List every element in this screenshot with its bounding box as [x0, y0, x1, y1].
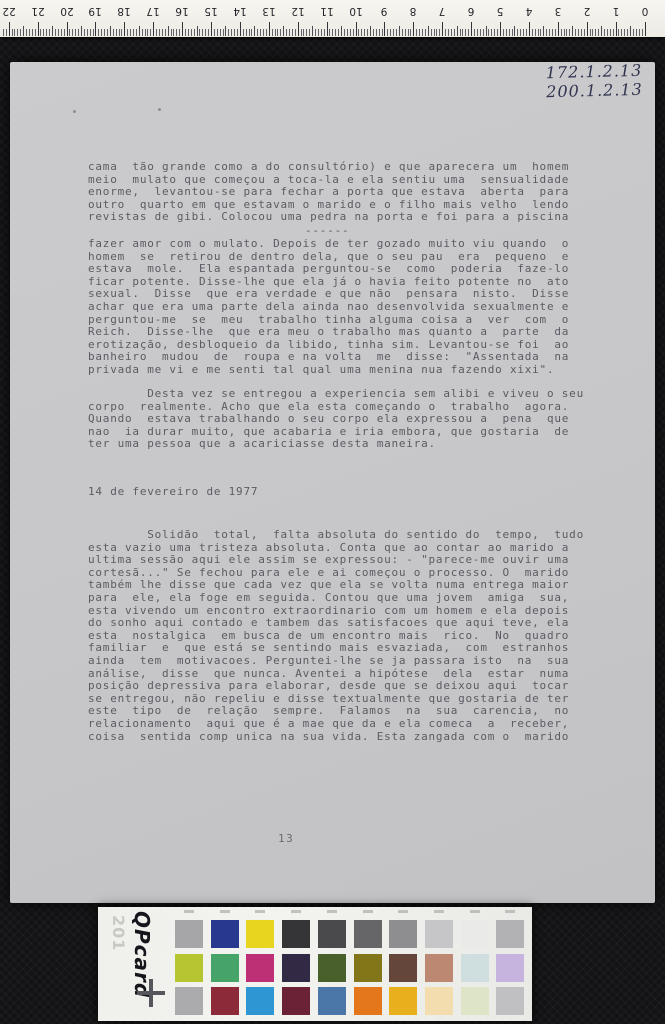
ruler-tick [98, 29, 99, 36]
ruler-tick [202, 29, 203, 36]
ruler-tick [315, 29, 316, 36]
ruler-tick [93, 29, 94, 36]
color-swatch [175, 920, 203, 948]
ruler-number: 16 [172, 5, 192, 17]
ruler-tick [474, 29, 475, 36]
ruler-tick [185, 29, 186, 36]
ruler-tick [431, 29, 432, 36]
swatch-label-mark [220, 910, 230, 913]
color-swatch [282, 920, 310, 948]
ruler-tick [61, 29, 62, 36]
ruler-tick [277, 29, 278, 36]
color-swatch [425, 987, 453, 1015]
ruler-tick [130, 29, 131, 36]
ruler-tick [358, 29, 359, 36]
ruler-number: 14 [230, 5, 250, 17]
ruler-tick [523, 29, 524, 36]
ruler-tick [23, 26, 24, 36]
ruler-tick [587, 22, 588, 36]
ruler-tick [220, 29, 221, 36]
ruler-tick [298, 22, 299, 36]
ruler-tick [240, 22, 241, 36]
swatch-label-mark [505, 910, 515, 913]
ruler-tick [197, 26, 198, 36]
ruler-tick [301, 29, 302, 36]
ruler-number: 4 [519, 5, 539, 17]
ruler-tick [191, 29, 192, 36]
color-swatch [496, 954, 524, 982]
ruler-tick [642, 29, 643, 36]
ruler-tick [367, 29, 368, 36]
ruler-tick [555, 29, 556, 36]
ruler-tick [347, 29, 348, 36]
color-calibration-card: QPcard 201 [98, 907, 532, 1021]
ruler-tick [376, 29, 377, 36]
ruler-tick [526, 29, 527, 36]
ruler-tick [480, 29, 481, 36]
ruler-tick [211, 22, 212, 36]
ruler-tick [491, 29, 492, 36]
ruler-tick [173, 29, 174, 36]
ruler-tick [17, 29, 18, 36]
ruler-tick [263, 29, 264, 36]
ruler-tick [410, 29, 411, 36]
ruler: 012345678910111213141516171819202122 [0, 0, 665, 37]
ruler-tick [237, 29, 238, 36]
color-swatch [211, 987, 239, 1015]
ruler-tick [35, 29, 36, 36]
ruler-tick [90, 29, 91, 36]
ruler-tick [231, 29, 232, 36]
color-swatch [354, 987, 382, 1015]
ruler-tick [341, 26, 342, 36]
qpcard-model-label: 201 [109, 915, 128, 951]
color-swatch [246, 920, 274, 948]
ruler-tick [142, 29, 143, 36]
ruler-tick [124, 22, 125, 36]
swatch-label-mark [184, 910, 194, 913]
ruler-tick [514, 26, 515, 36]
color-swatch [211, 920, 239, 948]
ruler-tick [512, 29, 513, 36]
ruler-tick [176, 29, 177, 36]
ruler-tick [488, 29, 489, 36]
color-swatch [461, 987, 489, 1015]
ruler-number: 1 [606, 5, 626, 17]
paragraph-2: fazer amor com o mulato. Depois de ter g… [88, 238, 569, 377]
ruler-tick [384, 22, 385, 36]
ruler-tick [113, 29, 114, 36]
ruler-tick [309, 29, 310, 36]
ruler-tick [448, 29, 449, 36]
color-swatch [211, 954, 239, 982]
ruler-tick [9, 22, 10, 36]
ruler-tick [477, 29, 478, 36]
ruler-tick [396, 29, 397, 36]
ruler-tick [208, 29, 209, 36]
ruler-tick [468, 29, 469, 36]
archive-number-line1: 172.1.2.13 [546, 61, 643, 83]
ruler-tick [289, 29, 290, 36]
archive-number-line2: 200.1.2.13 [547, 80, 644, 102]
ruler-tick [535, 29, 536, 36]
ruler-tick [72, 29, 73, 36]
ruler-tick [405, 29, 406, 36]
ruler-tick [159, 29, 160, 36]
ruler-tick [329, 29, 330, 36]
ruler-tick [101, 29, 102, 36]
ruler-tick [147, 29, 148, 36]
ruler-tick [578, 29, 579, 36]
ruler-tick [630, 26, 631, 36]
ruler-number: 5 [490, 5, 510, 17]
ruler-tick [136, 29, 137, 36]
ruler-tick [95, 22, 96, 36]
ruler-tick [616, 22, 617, 36]
ruler-tick [153, 22, 154, 36]
ruler-number: 19 [85, 5, 105, 17]
ruler-tick [413, 22, 414, 36]
ruler-tick [590, 29, 591, 36]
ruler-tick [621, 29, 622, 36]
ruler-number: 18 [114, 5, 134, 17]
ruler-tick [419, 29, 420, 36]
ruler-tick [269, 22, 270, 36]
ruler-number: 17 [143, 5, 163, 17]
ruler-tick [275, 29, 276, 36]
ruler-tick [350, 29, 351, 36]
ruler-tick [564, 29, 565, 36]
ruler-tick [188, 29, 189, 36]
ruler-tick [266, 29, 267, 36]
swatch-label-mark [470, 910, 480, 913]
ruler-tick [32, 29, 33, 36]
ruler-tick [116, 29, 117, 36]
archive-number-annotation: 172.1.2.13 200.1.2.13 [546, 61, 643, 102]
color-swatch [496, 987, 524, 1015]
ruler-tick [20, 29, 21, 36]
page-number: 13 [278, 833, 294, 846]
color-swatch [282, 987, 310, 1015]
ruler-tick [168, 26, 169, 36]
photographed-document-scene: { "ruler": { "numbers": ["0","1","2","3"… [0, 0, 665, 1024]
ruler-number: 7 [432, 5, 452, 17]
ruler-tick [84, 29, 85, 36]
ruler-tick [121, 29, 122, 36]
ruler-tick [286, 29, 287, 36]
ruler-tick [361, 29, 362, 36]
ruler-tick [295, 29, 296, 36]
ruler-number: 12 [288, 5, 308, 17]
ruler-tick [165, 29, 166, 36]
ruler-tick [260, 29, 261, 36]
ruler-tick [327, 22, 328, 36]
ruler-tick [520, 29, 521, 36]
ruler-tick [324, 29, 325, 36]
ruler-tick [214, 29, 215, 36]
ruler-tick [182, 22, 183, 36]
ruler-tick [254, 26, 255, 36]
ruler-tick [598, 29, 599, 36]
ruler-tick [40, 29, 41, 36]
ruler-tick [503, 29, 504, 36]
ruler-tick [14, 29, 15, 36]
ruler-tick [581, 29, 582, 36]
swatch-label-mark [255, 910, 265, 913]
swatch-label-mark [327, 910, 337, 913]
color-swatch [246, 987, 274, 1015]
ruler-tick [353, 29, 354, 36]
ruler-tick [67, 22, 68, 36]
color-swatch [389, 987, 417, 1015]
ruler-tick [234, 29, 235, 36]
ruler-tick [26, 29, 27, 36]
color-swatch [282, 954, 310, 982]
ruler-tick [436, 29, 437, 36]
session-date-line: 14 de fevereiro de 1977 [88, 486, 258, 499]
ruler-tick [601, 26, 602, 36]
ruler-tick [119, 29, 120, 36]
ruler-tick [540, 29, 541, 36]
ruler-tick [460, 29, 461, 36]
ruler-tick [604, 29, 605, 36]
ruler-number: 2 [577, 5, 597, 17]
ruler-tick [338, 29, 339, 36]
ruler-tick [387, 29, 388, 36]
ruler-tick [373, 29, 374, 36]
color-swatch [461, 920, 489, 948]
ruler-tick [566, 29, 567, 36]
ruler-tick [243, 29, 244, 36]
color-swatch [354, 920, 382, 948]
ruler-tick [442, 22, 443, 36]
ruler-tick [251, 29, 252, 36]
ruler-tick [416, 29, 417, 36]
ruler-tick [280, 29, 281, 36]
color-swatch [318, 987, 346, 1015]
ruler-tick [162, 29, 163, 36]
ruler-tick [335, 29, 336, 36]
ruler-tick [618, 29, 619, 36]
ruler-tick [223, 29, 224, 36]
swatch-label-mark [291, 910, 301, 913]
ruler-tick [179, 29, 180, 36]
ruler-number: 3 [548, 5, 568, 17]
ruler-tick [399, 26, 400, 36]
ruler-tick [6, 29, 7, 36]
ruler-tick [382, 29, 383, 36]
ruler-tick [451, 29, 452, 36]
ruler-tick [434, 29, 435, 36]
ruler-tick [12, 29, 13, 36]
swatch-label-mark [434, 910, 444, 913]
ruler-tick [483, 29, 484, 36]
ruler-tick [356, 22, 357, 36]
ruler-tick [509, 29, 510, 36]
ruler-tick [584, 29, 585, 36]
ruler-tick [194, 29, 195, 36]
color-swatch [175, 987, 203, 1015]
color-swatch [318, 920, 346, 948]
ruler-tick [283, 26, 284, 36]
ruler-tick [55, 29, 56, 36]
ruler-number: 0 [635, 5, 655, 17]
ruler-tick [228, 29, 229, 36]
ruler-tick [379, 29, 380, 36]
ruler-tick [569, 29, 570, 36]
ruler-tick [364, 29, 365, 36]
ruler-number: 9 [374, 5, 394, 17]
ruler-tick [465, 29, 466, 36]
ruler-number: 15 [201, 5, 221, 17]
ruler-tick [471, 22, 472, 36]
ruler-tick [558, 22, 559, 36]
ruler-number: 6 [461, 5, 481, 17]
ruler-tick [613, 29, 614, 36]
color-swatch [425, 954, 453, 982]
ruler-tick [370, 26, 371, 36]
color-swatch [246, 954, 274, 982]
ruler-tick [538, 29, 539, 36]
ruler-tick [110, 26, 111, 36]
ruler-tick [390, 29, 391, 36]
ruler-tick [217, 29, 218, 36]
ruler-number: 21 [28, 5, 48, 17]
ruler-tick [462, 29, 463, 36]
ruler-tick [549, 29, 550, 36]
ruler-tick [627, 29, 628, 36]
ruler-tick [610, 29, 611, 36]
ruler-tick [454, 29, 455, 36]
ruler-number: 10 [346, 5, 366, 17]
ruler-tick [46, 29, 47, 36]
ruler-tick [595, 29, 596, 36]
ruler-tick [246, 29, 247, 36]
ruler-tick [38, 22, 39, 36]
ruler-tick [64, 29, 65, 36]
ruler-tick [78, 29, 79, 36]
ruler-tick [107, 29, 108, 36]
color-swatch [389, 954, 417, 982]
color-swatch [318, 954, 346, 982]
ruler-tick [171, 29, 172, 36]
ruler-tick [529, 22, 530, 36]
ruler-tick [29, 29, 30, 36]
ruler-tick [439, 29, 440, 36]
ruler-tick [199, 29, 200, 36]
color-swatch [389, 920, 417, 948]
ruler-tick [205, 29, 206, 36]
color-swatch [175, 954, 203, 982]
ruler-tick [497, 29, 498, 36]
ruler-tick [312, 26, 313, 36]
ruler-tick [139, 26, 140, 36]
ruler-tick [639, 29, 640, 36]
swatch-label-mark [398, 910, 408, 913]
qpcard-logo: QPcard 201 [106, 911, 154, 1019]
ruler-tick [422, 29, 423, 36]
ruler-number: 11 [317, 5, 337, 17]
ruler-tick [43, 29, 44, 36]
ruler-tick [445, 29, 446, 36]
ruler-tick [3, 29, 4, 36]
ruler-tick [69, 29, 70, 36]
ruler-tick [428, 26, 429, 36]
paragraph-1: cama tão grande como a do consultório) e… [88, 161, 569, 224]
ruler-tick [49, 29, 50, 36]
ruler-number: 20 [57, 5, 77, 17]
ruler-tick [150, 29, 151, 36]
ruler-tick [402, 29, 403, 36]
ruler-tick [321, 29, 322, 36]
ruler-tick [532, 29, 533, 36]
ruler-tick [546, 29, 547, 36]
ruler-tick [75, 29, 76, 36]
ruler-tick [561, 29, 562, 36]
ruler-tick [127, 29, 128, 36]
ruler-tick [517, 29, 518, 36]
ruler-tick [575, 29, 576, 36]
ruler-tick [572, 26, 573, 36]
ruler-tick [58, 29, 59, 36]
ruler-tick [636, 29, 637, 36]
ruler-tick [145, 29, 146, 36]
ruler-number: 13 [259, 5, 279, 17]
ruler-tick [257, 29, 258, 36]
ruler-tick [332, 29, 333, 36]
ruler-tick [104, 29, 105, 36]
ruler-tick [425, 29, 426, 36]
ruler-tick [306, 29, 307, 36]
color-swatch [461, 954, 489, 982]
paper-speck [158, 108, 161, 111]
color-swatch [496, 920, 524, 948]
ruler-number: 8 [403, 5, 423, 17]
ruler-tick [500, 22, 501, 36]
ruler-tick [486, 26, 487, 36]
paragraph-4: Solidão total, falta absoluta do sentido… [88, 529, 584, 743]
ruler-tick [543, 26, 544, 36]
ruler-tick [592, 29, 593, 36]
color-swatch [425, 920, 453, 948]
ruler-tick [272, 29, 273, 36]
ruler-tick [393, 29, 394, 36]
ruler-tick [552, 29, 553, 36]
ruler-tick [318, 29, 319, 36]
paper-speck [73, 110, 76, 113]
typed-divider: ------ [305, 225, 349, 238]
ruler-tick [457, 26, 458, 36]
ruler-tick [292, 29, 293, 36]
ruler-tick [633, 29, 634, 36]
ruler-tick [624, 29, 625, 36]
ruler-tick [249, 29, 250, 36]
ruler-tick [87, 29, 88, 36]
ruler-tick [52, 26, 53, 36]
swatch-label-mark [363, 910, 373, 913]
ruler-tick [408, 29, 409, 36]
color-swatch [354, 954, 382, 982]
ruler-tick [81, 26, 82, 36]
ruler-tick [645, 22, 646, 36]
ruler-tick [506, 29, 507, 36]
document-page: 172.1.2.13 200.1.2.13 cama tão grande co… [10, 62, 655, 903]
ruler-tick [494, 29, 495, 36]
ruler-number: 22 [0, 5, 19, 17]
ruler-tick [303, 29, 304, 36]
paragraph-3: Desta vez se entregou a experiencia sem … [88, 388, 584, 451]
ruler-tick [156, 29, 157, 36]
